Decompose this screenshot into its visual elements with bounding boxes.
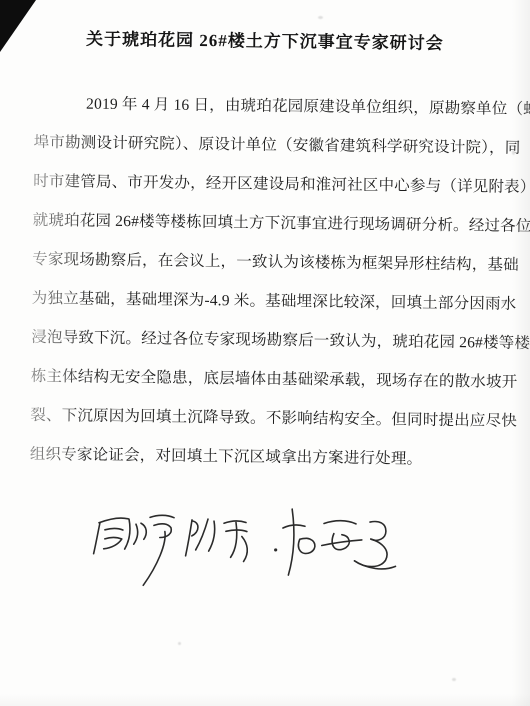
document-content: 关于琥珀花园 26#楼土方下沉事宜专家研讨会 2019 年 4 月 16 日，由… <box>0 0 530 706</box>
document-title: 关于琥珀花园 26#楼土方下沉事宜专家研讨会 <box>0 24 530 55</box>
paragraph-line: 时市建管局、市开发办，经开区建设局和淮河社区中心参与（详见附表） <box>33 162 495 207</box>
paragraph-line: 专家现场勘察后，在会议上，一致认为该楼栋为框架异形柱结构，基础 <box>32 240 494 285</box>
handwritten-signature-2 <box>186 519 248 562</box>
paragraph-line: 组织专家论证会，对回填土下沉区域拿出方案进行处理。 <box>30 435 492 480</box>
paragraph-line: 栋主体结构无安全隐患，底层墙体由基础梁承载，现场存在的散水坡开 <box>31 357 493 402</box>
ink-dot <box>274 548 277 551</box>
document-paragraph: 2019 年 4 月 16 日，由琥珀花园原建设单位组织，原勘察单位（蚌 埠市勘… <box>30 84 497 480</box>
scan-speckle <box>178 642 181 645</box>
paragraph-line: 就琥珀花园 26#楼等楼栋回填土方下沉事宜进行现场调研分析。经过各位 <box>32 201 494 246</box>
paragraph-line: 裂、下沉原因为回填土沉降导致。不影响结构安全。但同时提出应尽快 <box>30 396 492 441</box>
handwritten-signature-3 <box>282 509 396 576</box>
paragraph-line: 埠市勘测设计研究院）、原设计单位（安徽省建筑科学研究设计院），同 <box>33 123 495 168</box>
scan-edge-shading <box>512 0 530 706</box>
scan-speckle <box>318 16 323 19</box>
paragraph-line: 为独立基础，基础埋深为-4.9 米。基础埋深比较深，回填土部分因雨水 <box>31 279 493 324</box>
signature-block <box>83 493 414 597</box>
scan-edge-shading <box>0 694 530 706</box>
scanned-document-page: 关于琥珀花园 26#楼土方下沉事宜专家研讨会 2019 年 4 月 16 日，由… <box>0 0 530 706</box>
scan-speckle <box>502 300 506 304</box>
paragraph-line: 2019 年 4 月 16 日，由琥珀花园原建设单位组织，原勘察单位（蚌 <box>34 84 496 129</box>
scan-speckle <box>452 678 456 681</box>
paragraph-line: 浸泡导致下沉。经过各位专家现场勘察后一致认为，琥珀花园 26#楼等楼 <box>31 318 493 363</box>
handwritten-signature-1 <box>93 514 174 585</box>
